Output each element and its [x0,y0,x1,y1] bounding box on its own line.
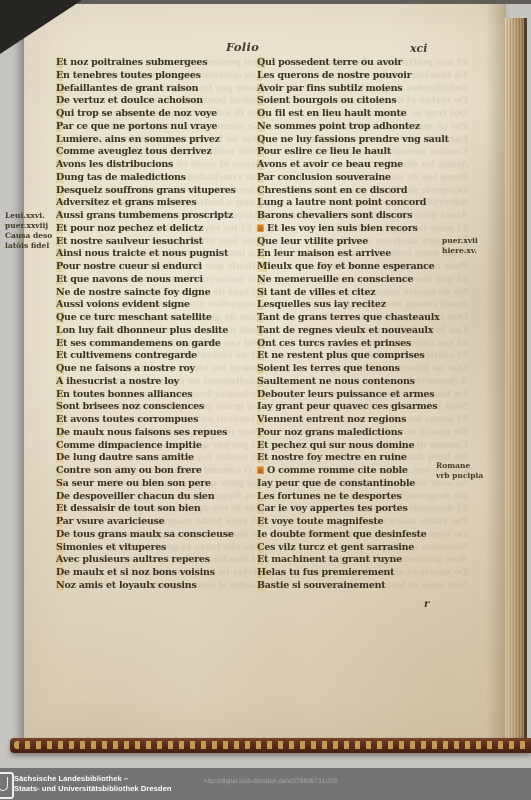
poem-line: Avons et avoir ce beau regne [257,159,467,172]
poem-line: Ces vilz turcz et gent sarrasine [257,542,467,555]
poem-line: De maulx nous faisons ses repues [56,427,258,440]
poem-line: Defaillantes de grant raison [56,83,258,96]
poem-line: Bastie si souverainement [257,580,467,593]
poem-line: Avoir par fins subtilz moiens [257,83,467,96]
poem-line: Helas tu fus premierement [257,567,467,580]
poem-line: Comme aveuglez tous derrivez [56,146,258,159]
poem-line: Ne memerueille en conscience [257,274,467,287]
poem-line: Qui trop se absente de noz voye [56,108,258,121]
poem-line: Et que navons de nous merci [56,274,258,287]
poem-line: Et avons toutes corrompues [56,414,258,427]
library-name-line2: Staats- und Universitätsbibliothek Dresd… [14,784,172,794]
poem-line: Tant de regnes vieulx et nouveaulx [257,325,467,338]
margin-note-line: puer.xxviij [5,221,52,231]
poem-line: Pour noz grans maledictions [257,427,467,440]
rubric-paragraph-mark [257,224,264,232]
library-name: Sächsische Landesbibliothek – Staats- un… [14,774,172,793]
poem-line: Chrestiens sont en ce discord [257,185,467,198]
poem-line: Simonies et vituperes [56,542,258,555]
poem-line: Pour eslire ce lieu le hault [257,146,467,159]
margin-note-right-upper: puer.xviihiere.xv. [442,236,478,255]
poem-line: Sont brisees noz consciences [56,401,258,414]
poem-line: Aussi voions evident signe [56,299,258,312]
poem-line: Et les voy ien suis bien recors [257,223,467,236]
margin-note-line: hiere.xv. [442,246,478,256]
poem-line: Comme dimpacience impitie [56,440,258,453]
poem-line: Adversitez et grans miseres [56,197,258,210]
poem-line: Que leur vtilite privee [257,236,467,249]
poem-line: Les fortunes ne te desportes [257,491,467,504]
poem-line: Par conclusion souveraine [257,172,467,185]
margin-note-line: Causa deso [5,231,52,241]
poem-line: Lumiere. ains en sommes privez [56,134,258,147]
poem-line: Ne sommes point trop adhontez [257,121,467,134]
poem-line: Lesquelles sus iay recitez [257,299,467,312]
poem-line: Que ne luy fassions prendre vng sault [257,134,467,147]
poem-line: Tant de grans terres que chasteaulx [257,312,467,325]
poem-line: Lung a lautre nont point concord [257,197,467,210]
margin-note-line: puer.xvii [442,236,478,246]
poem-line: Contre son amy ou bon frere [56,465,258,478]
poem-line: En toutes bonnes alliances [56,389,258,402]
book-fore-edge [505,18,527,740]
poem-line: Par ce que ne portons nul vraye [56,121,258,134]
poem-line: Sa seur mere ou bien son pere [56,478,258,491]
poem-line: Et noz poitraines submergees [56,57,258,70]
poem-line: Soient bourgois ou citoiens [257,95,467,108]
margin-note-right-lower: Romanevrb pncipia [436,461,483,480]
poem-line: De vertuz et doulce achoison [56,95,258,108]
poem-line: Par vsure avaricieuse [56,516,258,529]
poem-line: Pour nostre cueur si endurci [56,261,258,274]
poem-line: Desquelz souffrons grans vituperes [56,185,258,198]
text-column-right: Qui possedent terre ou avoirLes querons … [257,57,467,593]
footer-bar: Sächsische Landesbibliothek – Staats- un… [0,768,531,800]
poem-line: Soient les terres que tenons [257,363,467,376]
poem-line: Que ne faisons a nostre roy [56,363,258,376]
poem-line: Saultement ne nous contenons [257,376,467,389]
poem-line: Avec plusieurs aultres reperes [56,554,258,567]
poem-line: De tous grans maulx sa conscieuse [56,529,258,542]
poem-line: Ie doubte forment que desinfeste [257,529,467,542]
poem-line: Et pechez qui sur nous domine [257,440,467,453]
poem-line: Et nostre saulveur iesuchrist [56,236,258,249]
poem-line: En leur maison est arrivee [257,248,467,261]
poem-line: De maulx et si noz bons voisins [56,567,258,580]
digital-collection-url: http://digital.slub-dresden.de/id3786367… [204,778,338,785]
folio-label: Folio [226,40,259,54]
poem-line: Que ce turc meschant satellite [56,312,258,325]
poem-line: Barons chevaliers sont discors [257,210,467,223]
margin-note-line: vrb pncipia [436,471,483,481]
poem-line: Viennent entrent noz regions [257,414,467,427]
poem-line: Qui possedent terre ou avoir [257,57,467,70]
catchword: r [424,599,429,610]
poem-line: Avons les distribucions [56,159,258,172]
poem-line: A ihesucrist a nostre loy [56,376,258,389]
rubric-paragraph-mark [257,466,264,474]
folio-number: xci [410,42,427,55]
poem-line: Ne de nostre saincte foy digne [56,287,258,300]
poem-line: Ainsi nous traicte et nous pugnist [56,248,258,261]
margin-note-line: Romane [436,461,483,471]
text-column-left: Et noz poitraines submergeesEn tenebres … [56,57,258,593]
poem-line: Debouter leurs puissance et armes [257,389,467,402]
page-gutter-shading [486,3,506,739]
poem-line: Car ie voy appertes tes portes [257,503,467,516]
poem-line: Si tant de villes et citez [257,287,467,300]
library-name-line1: Sächsische Landesbibliothek – [14,774,172,784]
poem-line: Ou fil est en lieu hault monte [257,108,467,121]
poem-line: Dung tas de maledictions [56,172,258,185]
poem-line: Iay grant peur quavec ces gisarmes [257,401,467,414]
poem-line: Et voye toute magnifeste [257,516,467,529]
poem-line: Et pour noz pechez et delictz [56,223,258,236]
poem-line: Et dessaisir de tout son bien [56,503,258,516]
slub-logo-icon [0,772,14,799]
margin-note-line: latōis fidel [5,241,52,251]
margin-note-left: Leui.xxvi.puer.xxviijCausa desolatōis fi… [5,211,52,251]
poem-line: Lon luy fait dhonneur plus deslite [56,325,258,338]
poem-line: En tenebres toutes plongees [56,70,258,83]
poem-line: De lung dautre sans amitie [56,452,258,465]
binding-edge-ornament [10,738,531,753]
poem-line: Noz amis et loyaulx cousins [56,580,258,593]
poem-line: Et machinent ta grant ruyne [257,554,467,567]
margin-note-line: Leui.xxvi. [5,211,52,221]
poem-line: Et cultivemens contregarde [56,350,258,363]
poem-line: Et ses commandemens on garde [56,338,258,351]
poem-line: Mieulx que foy et bonne esperance [257,261,467,274]
poem-line: Les querons de nostre pouvoir [257,70,467,83]
poem-line: Et ne restent plus que comprises [257,350,467,363]
poem-line: Aussi grans tumbemens proscriptz [56,210,258,223]
poem-line: De despoveiller chacun du sien [56,491,258,504]
poem-line: Ont ces turcs ravies et prinses [257,338,467,351]
